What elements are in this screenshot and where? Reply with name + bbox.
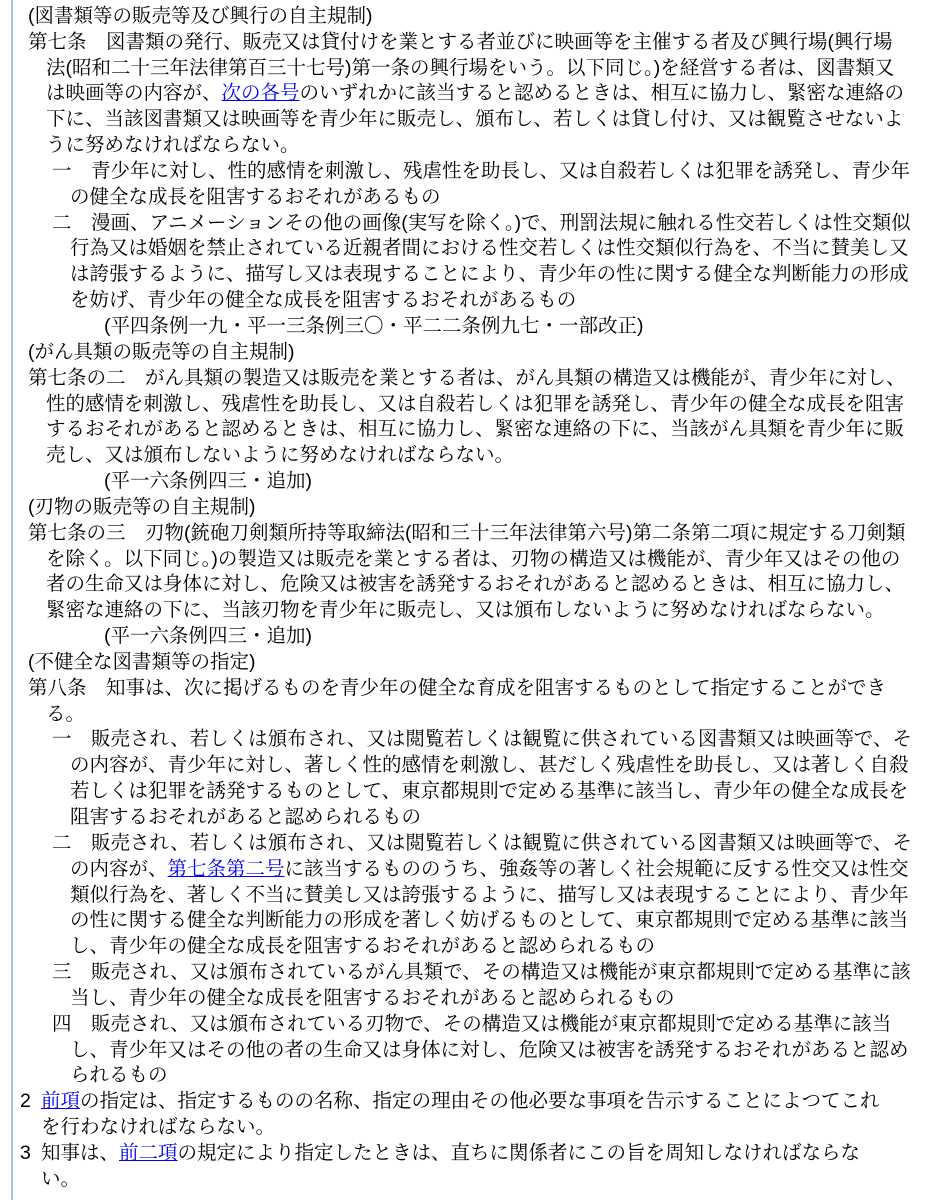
text-run: の性に関する健全な判断能力の形成を著しく妨げるものとして、東京都規則で定める基準… — [70, 909, 908, 931]
text-run: (がん具類の販売等の自主規制) — [28, 341, 295, 363]
text-run: 二 販売され、若しくは頒布され、又は閲覧若しくは観覧に供されている図書類又は映画… — [52, 832, 912, 854]
text-line: い。 — [41, 1167, 942, 1193]
text-run: 四 販売され、又は頒布されている刃物で、その構造又は機能が東京都規則で定める基準… — [52, 1013, 891, 1035]
text-run: し、青少年又はその他の者の生命又は身体に対し、危険又は被害を誘発するおそれがある… — [70, 1039, 909, 1061]
text-run: (平四条例一九・平一三条例三〇・平二二条例九七・一部改正) — [104, 315, 644, 337]
paragraph-number: 3 — [20, 1141, 41, 1167]
text-run: 当し、青少年の健全な成長を阻害するおそれがあると認められるもの — [70, 987, 675, 1009]
text-line: 法(昭和二十三年法律第百三十七号)第一条の興行場をいう。以下同じ。)を経営する者… — [46, 56, 942, 82]
text-run: 第七条の二 がん具類の製造又は販売を業とする者は、がん具類の構造又は機能が、青少… — [28, 367, 906, 389]
text-run: 法(昭和二十三年法律第百三十七号)第一条の興行場をいう。以下同じ。)を経営する者… — [46, 57, 894, 79]
text-line: 一 販売され、若しくは頒布され、又は閲覧若しくは観覧に供されている図書類又は映画… — [52, 727, 942, 753]
text-line: 類似行為を、著しく不当に賛美し又は誇張するように、描写し又は表現することにより、… — [70, 883, 942, 909]
text-line: の健全な成長を阻害するおそれがあるもの — [70, 185, 942, 211]
text-line: を妨げ、青少年の健全な成長を阻害するおそれがあるもの — [70, 288, 942, 314]
text-run: 第八条 知事は、次に掲げるものを青少年の健全な育成を阻害するものとして指定するこ… — [28, 677, 886, 699]
text-line: 者の生命又は身体に対し、危険又は被害を誘発するおそれがあると認めるときは、相互に… — [46, 572, 942, 598]
text-line: 一 青少年に対し、性的感情を刺激し、残虐性を助長し、又は自殺若しくは犯罪を誘発し… — [52, 159, 942, 185]
preceding-paragraph-link[interactable]: 前項 — [41, 1090, 80, 1112]
text-run: の指定は、指定するものの名称、指定の理由その他必要な事項を告示することによつてこ… — [80, 1090, 880, 1112]
text-run: を除く。以下同じ。)の製造又は販売を業とする者は、刃物の構造又は機能が、青少年又… — [46, 548, 900, 570]
text-line: を除く。以下同じ。)の製造又は販売を業とする者は、刃物の構造又は機能が、青少年又… — [46, 547, 942, 573]
text-line: し、青少年又はその他の者の生命又は身体に対し、危険又は被害を誘発するおそれがある… — [70, 1038, 942, 1064]
text-line: (不健全な図書類等の指定) — [28, 650, 942, 676]
text-line: (平一六条例四三・追加) — [104, 469, 942, 495]
text-line: 2前項の指定は、指定するものの名称、指定の理由その他必要な事項を告示することによ… — [20, 1089, 942, 1115]
text-line: 阻害するおそれがあると認められるもの — [70, 805, 942, 831]
text-run: の規定により指定したときは、直ちに関係者にこの旨を周知しなければならな — [178, 1142, 861, 1164]
text-line: 当し、青少年の健全な成長を阻害するおそれがあると認められるもの — [70, 986, 942, 1012]
text-run: の内容が、青少年に対し、著しく性的感情を刺激し、甚だしく残虐性を助長し、又は著し… — [70, 754, 909, 776]
text-line: (平一六条例四三・追加) — [104, 624, 942, 650]
text-run: 緊密な連絡の下に、当該刃物を青少年に販売し、又は頒布しないように努めなければなら… — [46, 599, 885, 621]
text-line: 緊密な連絡の下に、当該刃物を青少年に販売し、又は頒布しないように努めなければなら… — [46, 598, 942, 624]
text-run: い。 — [41, 1168, 80, 1190]
text-line: 若しくは犯罪を誘発するものとして、東京都規則で定める基準に該当し、青少年の健全な… — [70, 779, 942, 805]
text-run: は映画等の内容が、 — [46, 82, 222, 104]
text-line: うに努めなければならない。 — [46, 133, 942, 159]
text-line: を行わなければならない。 — [41, 1115, 942, 1141]
text-line: 第八条 知事は、次に掲げるものを青少年の健全な育成を阻害するものとして指定するこ… — [28, 676, 942, 702]
ordinance-text-page: (平一三条例三〇・平一四条例一五二・一部改正)(図書類等の販売等及び興行の自主規… — [0, 0, 942, 1193]
text-run: (刃物の販売等の自主規制) — [28, 496, 256, 518]
text-run: (平一六条例四三・追加) — [104, 625, 312, 647]
text-line: 3知事は、前二項の規定により指定したときは、直ちに関係者にこの旨を周知しなければ… — [20, 1141, 942, 1167]
text-run: の内容が、 — [70, 858, 168, 880]
text-run: は誇張するように、描写し又は表現することにより、青少年の性に関する健全な判断能力… — [70, 263, 909, 285]
text-run: られるもの — [70, 1064, 168, 1086]
text-line: の内容が、第七条第二号に該当するもののうち、強姦等の著しく社会規範に反する性交又… — [70, 857, 942, 883]
text-line: は映画等の内容が、次の各号のいずれかに該当すると認めるときは、相互に協力し、緊密… — [46, 81, 942, 107]
text-line: し、青少年の健全な成長を阻害するおそれがあると認められるもの — [70, 934, 942, 960]
text-line: するおそれがあると認めるときは、相互に協力し、緊密な連絡の下に、当該がん具類を青… — [46, 417, 942, 443]
text-run: 三 販売され、又は頒布されているがん具類で、その構造又は機能が東京都規則で定める… — [52, 961, 911, 983]
text-line: 二 販売され、若しくは頒布され、又は閲覧若しくは観覧に供されている図書類又は映画… — [52, 831, 942, 857]
text-run: 知事は、 — [41, 1142, 119, 1164]
text-line: は誇張するように、描写し又は表現することにより、青少年の性に関する健全な判断能力… — [70, 262, 942, 288]
text-run: うに努めなければならない。 — [46, 134, 300, 156]
text-run: 若しくは犯罪を誘発するものとして、東京都規則で定める基準に該当し、青少年の健全な… — [70, 780, 908, 802]
text-line: 三 販売され、又は頒布されているがん具類で、その構造又は機能が東京都規則で定める… — [52, 960, 942, 986]
text-run: し、青少年の健全な成長を阻害するおそれがあると認められるもの — [70, 935, 655, 957]
text-run: (平一六条例四三・追加) — [104, 470, 312, 492]
text-line: (図書類等の販売等及び興行の自主規制) — [28, 4, 942, 30]
text-line: 行為又は婚姻を禁止されている近親者間における性交若しくは性交類似行為を、不当に賛… — [70, 236, 942, 262]
text-line: の性に関する健全な判断能力の形成を著しく妨げるものとして、東京都規則で定める基準… — [70, 908, 942, 934]
text-line: 売し、又は頒布しないように努めなければならない。 — [46, 443, 942, 469]
text-line: (平四条例一九・平一三条例三〇・平二二条例九七・一部改正) — [104, 314, 942, 340]
text-run: 売し、又は頒布しないように努めなければならない。 — [46, 444, 514, 466]
article7-item2-link[interactable]: 第七条第二号 — [168, 858, 285, 880]
text-run: のいずれかに該当すると認めるときは、相互に協力し、緊密な連絡の — [300, 82, 905, 104]
text-line: る。 — [46, 702, 942, 728]
text-run: に該当するもののうち、強姦等の著しく社会規範に反する性交又は性交 — [285, 858, 909, 880]
text-run: を妨げ、青少年の健全な成長を阻害するおそれがあるもの — [70, 289, 576, 311]
text-line: (がん具類の販売等の自主規制) — [28, 340, 942, 366]
preceding-two-paragraphs-link[interactable]: 前二項 — [119, 1142, 178, 1164]
text-run: 者の生命又は身体に対し、危険又は被害を誘発するおそれがあると認めるときは、相互に… — [46, 573, 904, 595]
text-run: 第七条 図書類の発行、販売又は貸付けを業とする者並びに映画等を主催する者及び興行… — [28, 31, 893, 53]
text-run: (図書類等の販売等及び興行の自主規制) — [28, 5, 373, 27]
text-run: 性的感情を刺激し、残虐性を助長し、又は自殺若しくは犯罪を誘発し、青少年の健全な成… — [46, 393, 904, 415]
text-line: の内容が、青少年に対し、著しく性的感情を刺激し、甚だしく残虐性を助長し、又は著し… — [70, 753, 942, 779]
text-line: 下に、当該図書類又は映画等を青少年に販売し、頒布し、若しくは貸し付け、又は観覧さ… — [46, 107, 942, 133]
paragraph-number: 2 — [20, 1089, 41, 1115]
text-line: 第七条 図書類の発行、販売又は貸付けを業とする者並びに映画等を主催する者及び興行… — [28, 30, 942, 56]
text-line: (刃物の販売等の自主規制) — [28, 495, 942, 521]
next-items-link[interactable]: 次の各号 — [222, 82, 300, 104]
text-run: 一 販売され、若しくは頒布され、又は閲覧若しくは観覧に供されている図書類又は映画… — [52, 728, 912, 750]
text-run: 一 青少年に対し、性的感情を刺激し、残虐性を助長し、又は自殺若しくは犯罪を誘発し… — [52, 160, 910, 182]
text-run: を行わなければならない。 — [41, 1116, 275, 1138]
text-run: 第七条の三 刃物(銃砲刀剣類所持等取締法(昭和三十三年法律第六号)第二条第二項に… — [28, 522, 905, 544]
text-line: 第七条の二 がん具類の製造又は販売を業とする者は、がん具類の構造又は機能が、青少… — [28, 366, 942, 392]
text-run: 阻害するおそれがあると認められるもの — [70, 806, 421, 828]
text-run: 行為又は婚姻を禁止されている近親者間における性交若しくは性交類似行為を、不当に賛… — [70, 237, 909, 259]
text-run: の健全な成長を阻害するおそれがあるもの — [70, 186, 441, 208]
text-run: 下に、当該図書類又は映画等を青少年に販売し、頒布し、若しくは貸し付け、又は観覧さ… — [46, 108, 903, 130]
text-run: る。 — [46, 703, 85, 725]
text-run: (平一三条例三〇・平一四条例一五二・一部改正) — [270, 0, 693, 1]
text-run: 類似行為を、著しく不当に賛美し又は誇張するように、描写し又は表現することにより、… — [70, 884, 909, 906]
text-line: 二 漫画、アニメーションその他の画像(実写を除く。)で、刑罰法規に触れる性交若し… — [52, 211, 942, 237]
text-line: 性的感情を刺激し、残虐性を助長し、又は自殺若しくは犯罪を誘発し、青少年の健全な成… — [46, 392, 942, 418]
text-line: 四 販売され、又は頒布されている刃物で、その構造又は機能が東京都規則で定める基準… — [52, 1012, 942, 1038]
text-run: 二 漫画、アニメーションその他の画像(実写を除く。)で、刑罰法規に触れる性交若し… — [52, 212, 911, 234]
text-run: (不健全な図書類等の指定) — [28, 651, 256, 673]
text-run: するおそれがあると認めるときは、相互に協力し、緊密な連絡の下に、当該がん具類を青… — [46, 418, 904, 440]
text-line: られるもの — [70, 1063, 942, 1089]
text-line: 第七条の三 刃物(銃砲刀剣類所持等取締法(昭和三十三年法律第六号)第二条第二項に… — [28, 521, 942, 547]
